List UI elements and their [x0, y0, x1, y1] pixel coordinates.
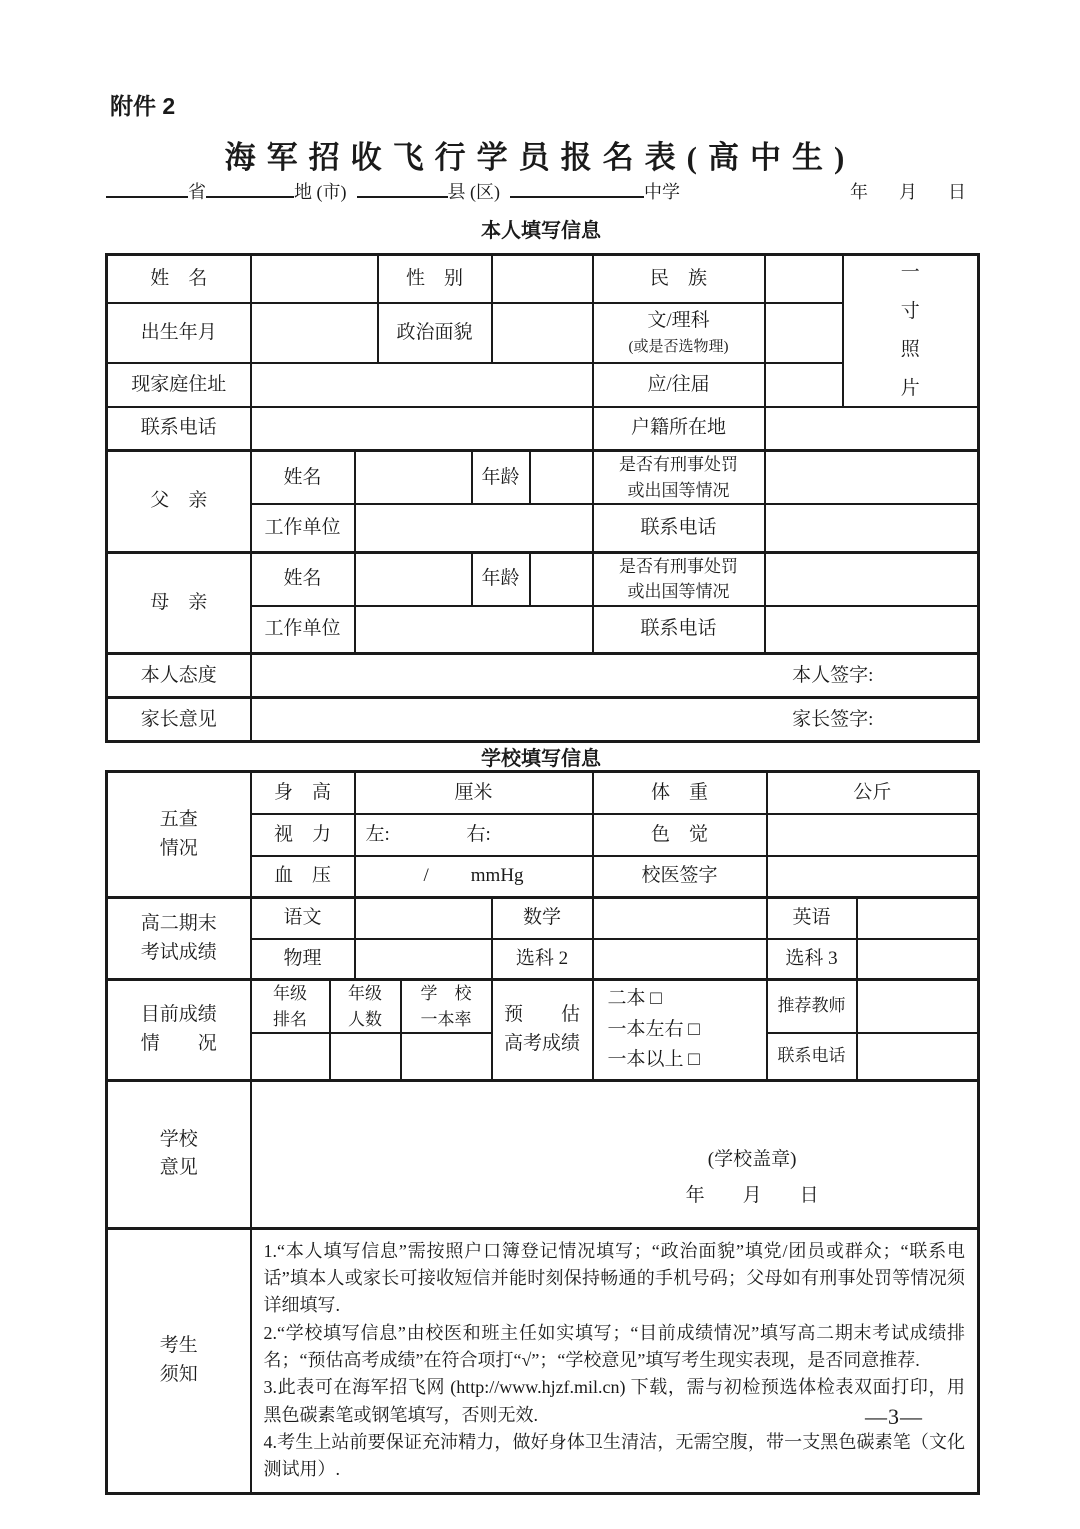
registry-label: 户籍所在地: [593, 407, 765, 451]
parent-opinion-value-cell: 家长签字:: [251, 698, 979, 742]
teacher-phone-label: 联系电话: [767, 1033, 857, 1080]
date-fields: 年 月 日: [850, 178, 978, 204]
father-age-value-cell: [530, 451, 593, 505]
bp-unit: mmHg: [471, 863, 524, 889]
note-1: 1.“本人填写信息”需按照户口簿登记情况填写；“政治面貌”填党/团员或群众；“联…: [264, 1238, 966, 1320]
height-label: 身 高: [251, 772, 355, 814]
color-vision-label: 色 觉: [593, 814, 767, 856]
county-label: 县 (区): [448, 178, 501, 204]
mother-record-label: 是否有刑事处罚 或出国等情况: [593, 552, 765, 606]
name-value-cell: [251, 255, 378, 303]
school-info-table: 五查 情况 身 高 厘米 体 重 公斤 视 力 左: 右: 色 觉 血 压 / …: [105, 770, 980, 1495]
vision-left-label: 左:: [366, 824, 390, 845]
politics-label: 政治面貌: [378, 303, 492, 363]
estimate-score-label: 预 估 高考成绩: [492, 980, 593, 1081]
politics-value-cell: [492, 303, 593, 363]
photo-label: 一寸 照片: [844, 260, 978, 402]
notice-label: 考生 须知: [107, 1228, 251, 1493]
vision-right-label: 右:: [467, 824, 491, 845]
grade-size-value-cell: [330, 1033, 401, 1080]
stamp-label: (学校盖章): [629, 1142, 876, 1178]
doctor-sign-label: 校医签字: [593, 856, 767, 898]
exam-scores-label: 高二期末 考试成绩: [107, 898, 251, 980]
father-phone-label: 联系电话: [593, 504, 765, 552]
form-page: 附件 2 海军招收飞行学员报名表(高中生) 省 地 (市) 县 (区) 中学 年…: [0, 0, 1080, 1529]
city-blank: [206, 180, 294, 198]
province-label: 省: [188, 178, 206, 204]
month-label: 月: [899, 178, 917, 204]
checkbox-tier1-above: 一本以上 □: [608, 1045, 766, 1075]
grad-label: 应/往届: [593, 363, 765, 407]
mother-age-value-cell: [530, 552, 593, 606]
physics-label: 物理: [251, 939, 355, 980]
name-label: 姓 名: [107, 255, 251, 303]
chinese-value-cell: [355, 898, 492, 939]
track-label: 文/理科 (或是否选物理): [593, 303, 765, 363]
photo-box: 一寸 照片: [843, 255, 979, 407]
mother-age-label: 年龄: [472, 552, 530, 606]
registry-value-cell: [765, 407, 979, 451]
province-blank: [106, 180, 188, 198]
color-vision-value-cell: [767, 814, 979, 856]
self-sign-label: 本人签字:: [792, 665, 873, 686]
bp-slash: /: [424, 863, 429, 889]
bp-value-cell: / mmHg: [355, 856, 593, 898]
section-school-title: 学校填写信息: [105, 742, 977, 771]
mother-phone-value-cell: [765, 606, 979, 654]
gender-label: 性 别: [378, 255, 492, 303]
grad-value-cell: [765, 363, 843, 407]
father-age-label: 年龄: [472, 451, 530, 505]
mother-name-label: 姓名: [251, 552, 355, 606]
tier1-rate-value-cell: [401, 1033, 492, 1080]
mother-record-value-cell: [765, 552, 979, 606]
vision-value-cell: 左: 右:: [355, 814, 593, 856]
elective3-label: 选科 3: [767, 939, 857, 980]
phone-value-cell: [251, 407, 593, 451]
gender-value-cell: [492, 255, 593, 303]
father-record-value-cell: [765, 451, 979, 505]
teacher-phone-value-cell: [857, 1033, 979, 1080]
grade-size-label: 年级 人数: [330, 980, 401, 1034]
parent-opinion-label: 家长意见: [107, 698, 251, 742]
county-blank: [357, 180, 448, 198]
father-name-label: 姓名: [251, 451, 355, 505]
school-opinion-value-cell: (学校盖章) 年 月 日: [251, 1080, 979, 1228]
chinese-label: 语文: [251, 898, 355, 939]
grade-rank-label: 年级 排名: [251, 980, 330, 1034]
father-work-label: 工作单位: [251, 504, 355, 552]
stamp-block: (学校盖章) 年 月 日: [629, 1142, 876, 1214]
form-title: 海军招收飞行学员报名表(高中生): [0, 132, 1080, 177]
mother-label: 母 亲: [107, 552, 251, 654]
english-label: 英语: [767, 898, 857, 939]
english-value-cell: [857, 898, 979, 939]
parent-sign-label: 家长签字:: [792, 709, 873, 730]
ethnic-label: 民 族: [593, 255, 765, 303]
math-value-cell: [593, 898, 767, 939]
mother-phone-label: 联系电话: [593, 606, 765, 654]
grade-rank-value-cell: [251, 1033, 330, 1080]
school-opinion-label: 学校 意见: [107, 1080, 251, 1228]
vision-label: 视 力: [251, 814, 355, 856]
father-phone-value-cell: [765, 504, 979, 552]
father-label: 父 亲: [107, 451, 251, 553]
attitude-value-cell: 本人签字:: [251, 654, 979, 698]
current-performance-label: 目前成绩 情 况: [107, 980, 251, 1081]
weight-value-cell: 公斤: [767, 772, 979, 814]
location-date-line: 省 地 (市) 县 (区) 中学 年 月 日: [106, 178, 978, 204]
checkbox-tier1-around: 一本左右 □: [608, 1015, 766, 1045]
note-4: 4.考生上站前要保证充沛精力，做好身体卫生清洁，无需空腹，带一支黑色碳素笔（文化…: [264, 1429, 966, 1484]
elective2-value-cell: [593, 939, 767, 980]
year-label: 年: [850, 178, 868, 204]
personal-info-table: 姓 名 性 别 民 族 一寸 照片 出生年月 政治面貌 文/理科 (或是否选物理…: [105, 253, 980, 743]
mother-work-label: 工作单位: [251, 606, 355, 654]
elective2-label: 选科 2: [492, 939, 593, 980]
bp-label: 血 压: [251, 856, 355, 898]
five-check-label: 五查 情况: [107, 772, 251, 898]
address-value-cell: [251, 363, 593, 407]
school-label: 中学: [644, 178, 680, 204]
section-personal-title: 本人填写信息: [105, 214, 977, 243]
ethnic-value-cell: [765, 255, 843, 303]
address-label: 现家庭住址: [107, 363, 251, 407]
city-label: 地 (市): [294, 178, 347, 204]
doctor-sign-value-cell: [767, 856, 979, 898]
math-label: 数学: [492, 898, 593, 939]
tier1-rate-label: 学 校 一本率: [401, 980, 492, 1034]
father-work-value-cell: [355, 504, 593, 552]
height-value-cell: 厘米: [355, 772, 593, 814]
stamp-date: 年 月 日: [629, 1178, 876, 1214]
mother-work-value-cell: [355, 606, 593, 654]
birth-label: 出生年月: [107, 303, 251, 363]
elective3-value-cell: [857, 939, 979, 980]
physics-value-cell: [355, 939, 492, 980]
birth-value-cell: [251, 303, 378, 363]
estimate-checkboxes: 二本 □ 一本左右 □ 一本以上 □: [593, 980, 767, 1081]
father-name-value-cell: [355, 451, 472, 505]
phone-label: 联系电话: [107, 407, 251, 451]
page-number: —3—: [105, 1404, 977, 1430]
attachment-label: 附件 2: [110, 88, 175, 121]
day-label: 日: [948, 178, 966, 204]
father-record-label: 是否有刑事处罚 或出国等情况: [593, 451, 765, 505]
weight-label: 体 重: [593, 772, 767, 814]
teacher-label: 推荐教师: [767, 980, 857, 1034]
teacher-value-cell: [857, 980, 979, 1034]
checkbox-tier2: 二本 □: [608, 984, 766, 1014]
attitude-label: 本人态度: [107, 654, 251, 698]
mother-name-value-cell: [355, 552, 472, 606]
notice-content: 1.“本人填写信息”需按照户口簿登记情况填写；“政治面貌”填党/团员或群众；“联…: [251, 1228, 979, 1493]
track-value-cell: [765, 303, 843, 363]
note-2: 2.“学校填写信息”由校医和班主任如实填写；“目前成绩情况”填写高二期末考试成绩…: [264, 1320, 966, 1375]
school-blank: [510, 180, 644, 198]
